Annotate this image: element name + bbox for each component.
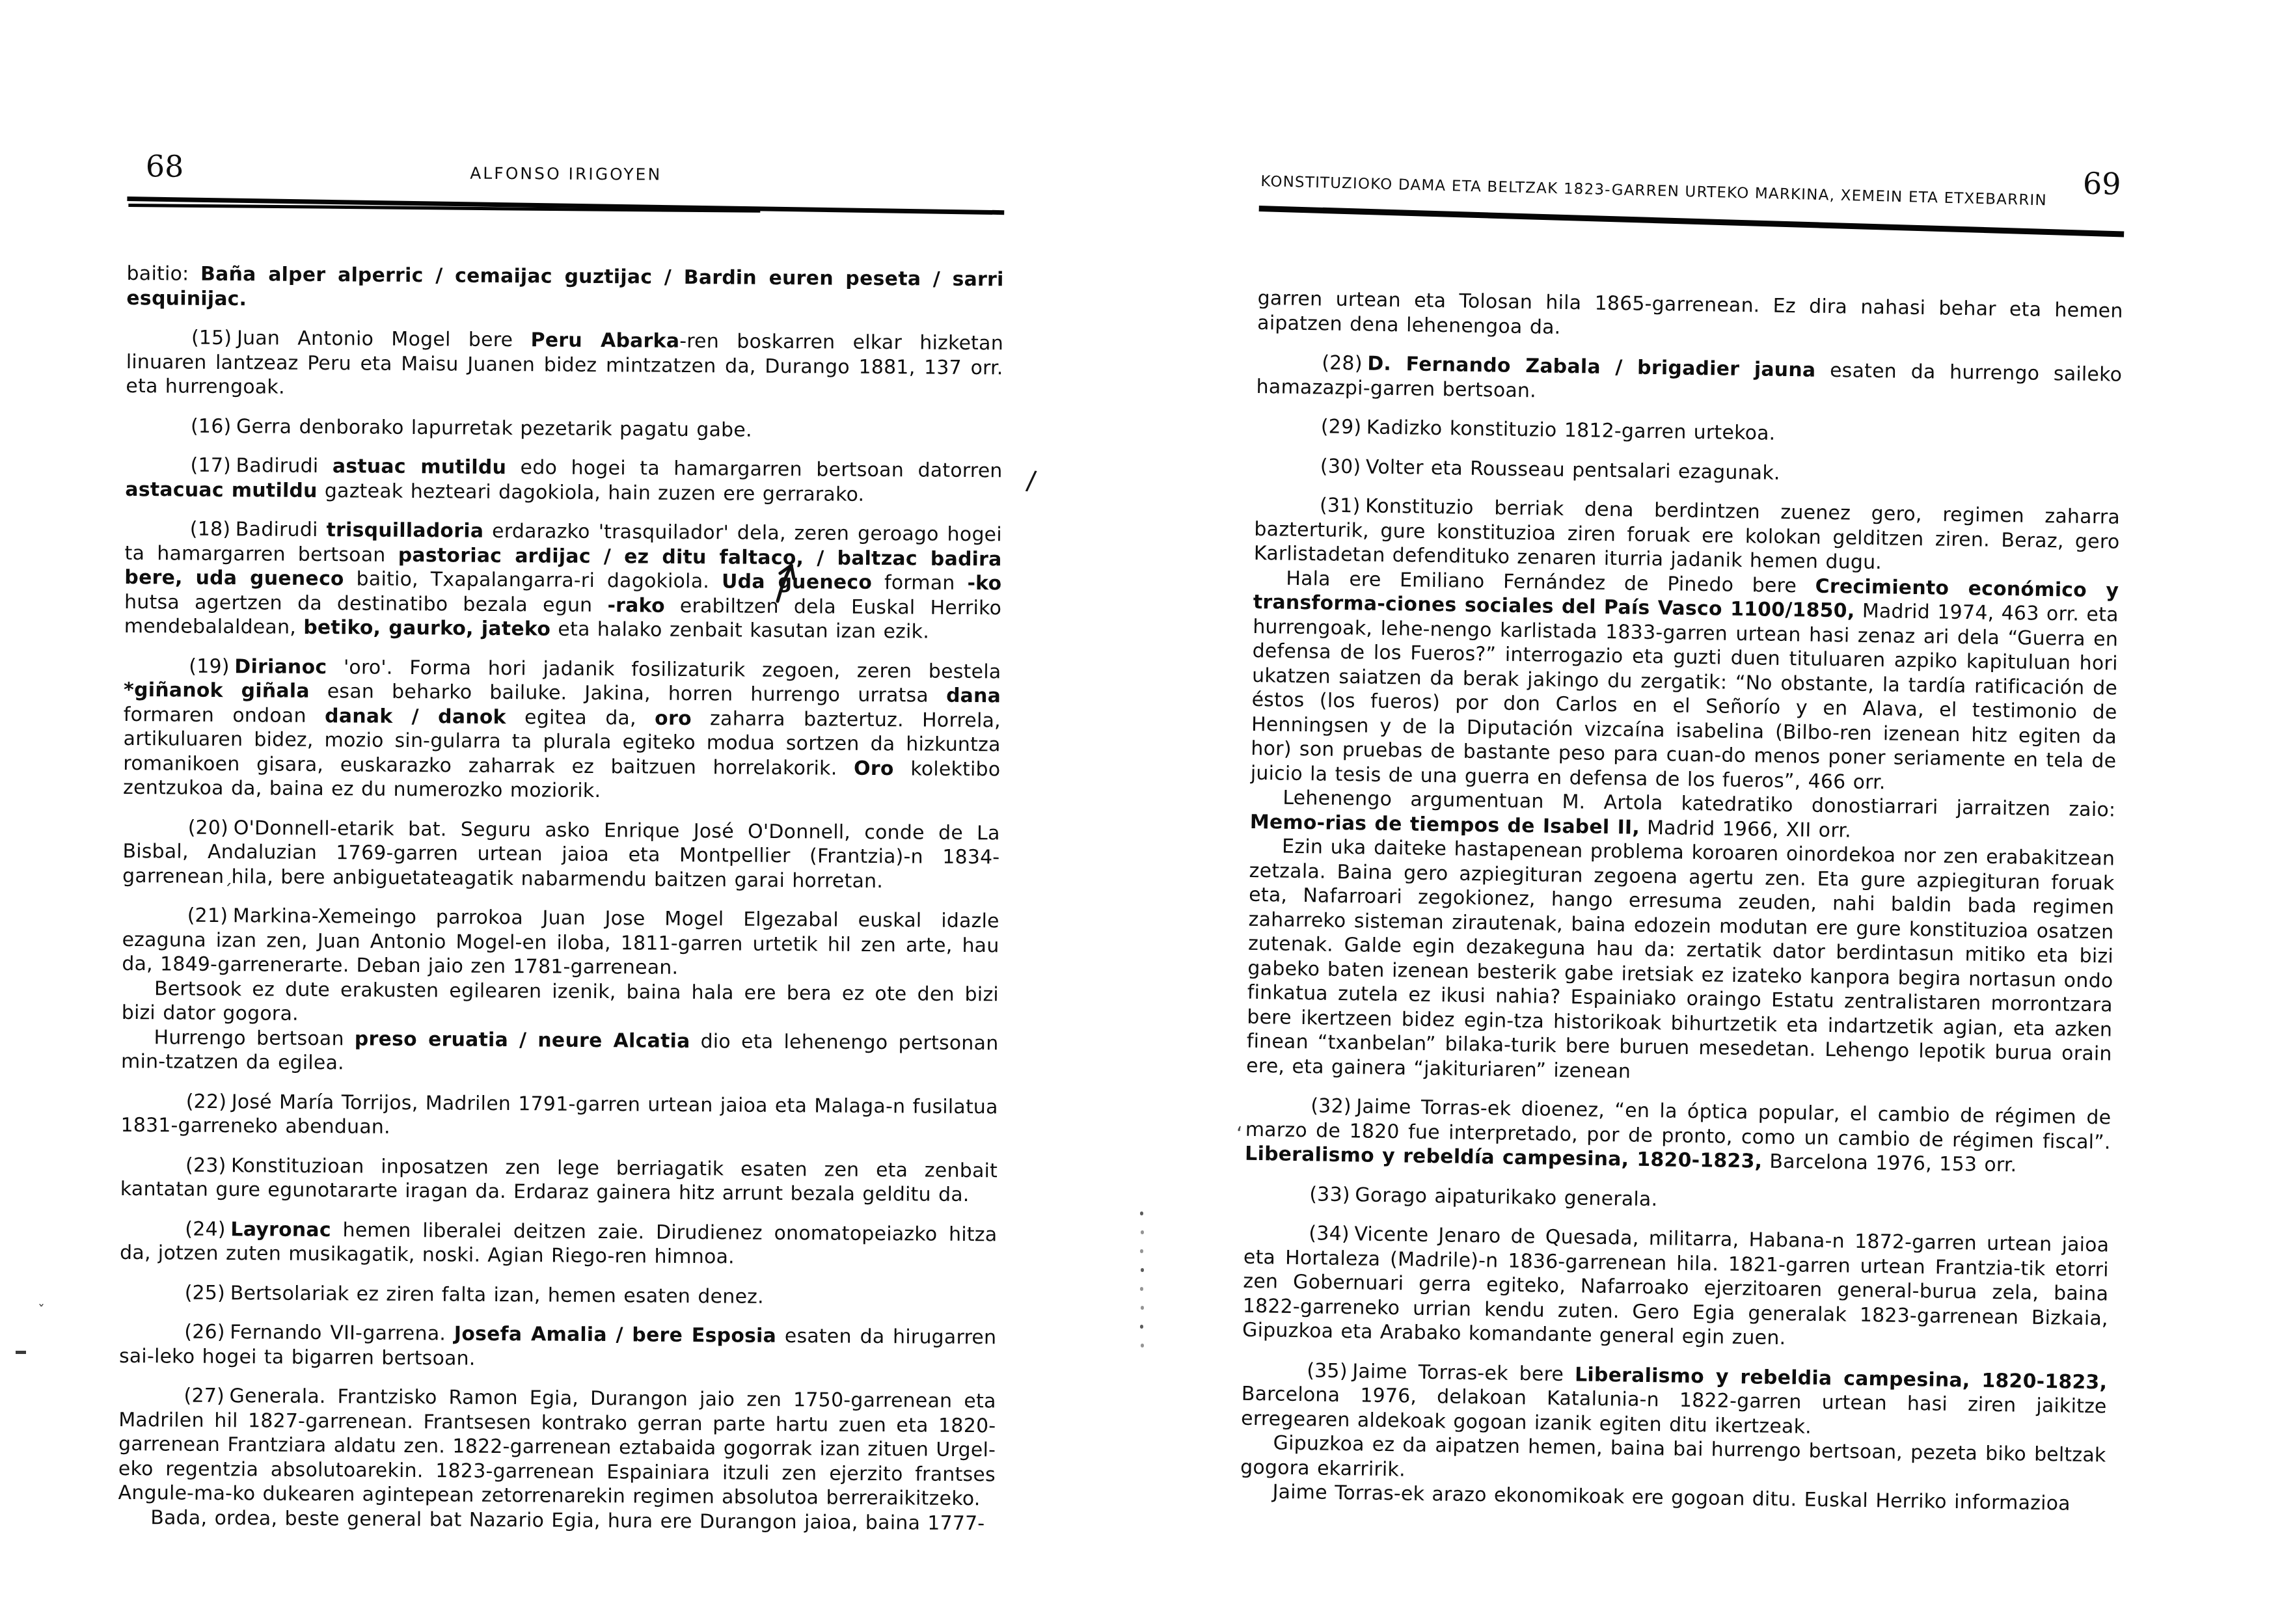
text-segment: O'Donnell-etarik bat. Seguru asko Enriqu… xyxy=(122,817,1000,893)
footnote-paragraph: (32)Jaime Torras-ek dioenez, “en la ópti… xyxy=(1245,1093,2112,1179)
text-segment: formaren ondoan xyxy=(124,703,325,727)
text-segment: Volter eta Rousseau pentsalari ezagunak. xyxy=(1366,455,1780,484)
footnote-paragraph: (20)O'Donnell-etarik bat. Seguru asko En… xyxy=(122,815,1000,894)
left-page-header: 68 ALFONSO IRIGOYEN xyxy=(127,147,1004,200)
footnote-paragraph: (29)Kadizko konstituzio 1812-garren urte… xyxy=(1256,414,2121,451)
footnote-paragraph: (25)Bertsolariak ez ziren falta izan, he… xyxy=(120,1280,997,1310)
footnote-number: (15) xyxy=(159,325,237,350)
footnote-paragraph: (24)Layronac hemen liberalei deitzen zai… xyxy=(120,1216,997,1271)
text-segment: danak / danok xyxy=(325,705,506,729)
footnote-paragraph: (34)Vicente Jenaro de Quesada, militarra… xyxy=(1242,1221,2110,1355)
stray-apostrophe-mark: ‘ xyxy=(1236,1123,1243,1146)
footnote-number: (32) xyxy=(1278,1094,1357,1119)
text-segment: Generala. Frantzisko Ramon Egia, Durango… xyxy=(118,1385,996,1510)
paragraph: Bertsook ez dute erakusten egilearen ize… xyxy=(122,976,999,1031)
text-segment: Oro xyxy=(854,757,894,779)
text-segment: astacuac mutildu xyxy=(125,478,318,502)
footnote-number: (23) xyxy=(153,1153,231,1178)
footnote-number: (17) xyxy=(157,453,236,478)
text-segment: Bertsook ez dute erakusten egilearen ize… xyxy=(122,977,999,1025)
footnote-number: (33) xyxy=(1277,1182,1355,1207)
text-segment: trisquilladoria xyxy=(326,519,483,543)
text-segment: Baña alper alperric / cemaijac guztijac … xyxy=(126,263,1003,310)
text-segment: dana xyxy=(946,684,1001,708)
paragraph: Hala ere Emiliano Fernández de Pinedo be… xyxy=(1251,565,2119,798)
left-page-body: baitio: Baña alper alperric / cemaijac g… xyxy=(118,262,1004,1536)
footnote-paragraph: (17)Badirudi astuac mutildu edo hogei ta… xyxy=(125,453,1002,507)
text-segment: Josefa Amalia / bere Esposia xyxy=(454,1323,776,1347)
text-segment: preso eruatia / neure Alcatia xyxy=(355,1027,690,1053)
handwritten-arrow-icon xyxy=(772,561,802,606)
footnote-paragraph: (16)Gerra denborako lapurretak pezetarik… xyxy=(126,413,1003,444)
text-segment: baitio: xyxy=(127,262,201,286)
text-segment: Barcelona 1976, 153 orr. xyxy=(1762,1150,2017,1177)
stray-tick-mark: ˊ xyxy=(224,882,232,902)
footnote-paragraph: (15)Juan Antonio Mogel bere Peru Abarka-… xyxy=(126,325,1003,405)
text-segment: eta halako zenbait kasutan izan ezik. xyxy=(550,618,929,643)
scan-speck xyxy=(1141,1344,1144,1347)
scanned-book-spread: { "scan": { "left_page": { "page_number"… xyxy=(0,0,2282,1624)
footnote-number: (29) xyxy=(1288,414,1367,440)
footnote-paragraph: (21)Markina-Xemeingo parrokoa Juan Jose … xyxy=(122,903,999,982)
stray-slash-mark: / xyxy=(1025,465,1038,496)
footnote-number: (26) xyxy=(152,1319,230,1344)
scan-speck xyxy=(1140,1211,1143,1215)
text-segment: betiko, gaurko, jateko xyxy=(303,616,550,641)
footnote-number: (27) xyxy=(151,1383,229,1408)
margin-dash-mark xyxy=(16,1351,26,1354)
paragraph: garren urtean eta Tolosan hila 1865-garr… xyxy=(1257,286,2123,348)
footnote-number: (21) xyxy=(155,903,233,928)
footnote-paragraph: (30)Volter eta Rousseau pentsalari ezagu… xyxy=(1255,453,2121,490)
text-segment: Konstituzioan inposatzen zen lege berria… xyxy=(120,1154,998,1206)
text-segment: José María Torrijos, Madrilen 1791-garre… xyxy=(120,1090,998,1139)
page-number-right: 69 xyxy=(2083,169,2121,199)
text-segment: 'oro'. Forma hori jadanik fosilizaturik … xyxy=(327,656,1001,683)
footnote-number: (34) xyxy=(1276,1221,1355,1247)
scan-speck xyxy=(1140,1249,1143,1253)
text-segment: Bada, ordea, beste general bat Nazario E… xyxy=(150,1506,985,1535)
footnote-paragraph: (28)D. Fernando Zabala / brigadier jauna… xyxy=(1256,350,2122,412)
footnote-number: (30) xyxy=(1288,453,1366,479)
running-header-left: ALFONSO IRIGOYEN xyxy=(128,161,1005,186)
text-segment: -rako xyxy=(607,594,664,617)
footnote-number: (18) xyxy=(157,517,236,541)
text-segment: Fernando VII-garrena. xyxy=(230,1321,454,1345)
text-segment: Badirudi xyxy=(236,454,332,478)
footnote-paragraph: (31)Konstituzio berriak dena berdintzen … xyxy=(1254,493,2121,578)
text-segment: Juan Antonio Mogel bere xyxy=(237,327,531,351)
paragraph: baitio: Baña alper alperric / cemaijac g… xyxy=(126,262,1003,316)
right-page: KONSTITUZIOKO DAMA ETA BELTZAK 1823-GARR… xyxy=(1240,156,2125,1517)
footnote-paragraph: (33)Gorago aipaturikako generala. xyxy=(1244,1181,2110,1218)
text-segment: Konstituzio berriak dena berdintzen zuen… xyxy=(1254,494,2120,574)
text-segment: astuac mutildu xyxy=(333,455,506,479)
right-page-body: garren urtean eta Tolosan hila 1865-garr… xyxy=(1240,286,2123,1517)
text-segment: Kadizko konstituzio 1812-garren urtekoa. xyxy=(1366,416,1776,444)
text-segment: Layronac xyxy=(230,1218,331,1241)
text-segment: Ezin uka daiteke hastapenean problema ko… xyxy=(1246,835,2115,1083)
scan-speck xyxy=(1141,1268,1144,1272)
scan-speck xyxy=(1141,1230,1144,1234)
footnote-number: (24) xyxy=(152,1217,230,1241)
footnote-number: (28) xyxy=(1289,351,1368,376)
text-segment: Hurrengo bertsoan xyxy=(154,1026,355,1050)
text-segment: garren urtean eta Tolosan hila 1865-garr… xyxy=(1257,287,2123,338)
footnote-paragraph: (22)José María Torrijos, Madrilen 1791-g… xyxy=(120,1089,998,1143)
text-segment: Peru Abarka xyxy=(530,329,679,353)
text-segment: -ko xyxy=(967,572,1001,595)
text-segment: egitea da, xyxy=(506,706,655,730)
text-segment: baitio, Txapalangarra-ri dagokiola. xyxy=(344,567,722,593)
text-segment: Bertsolariak ez ziren falta izan, hemen … xyxy=(230,1282,764,1308)
paragraph: Ezin uka daiteke hastapenean problema ko… xyxy=(1246,834,2115,1091)
text-segment: *giñanok giñala xyxy=(124,679,310,703)
text-segment: Gerra denborako lapurretak pezetarik pag… xyxy=(236,415,752,442)
footnote-number: (31) xyxy=(1287,493,1366,519)
scan-speck xyxy=(1141,1306,1144,1310)
footnote-paragraph: (23)Konstituzioan inposatzen zen lege be… xyxy=(120,1152,998,1207)
text-segment: edo hogei ta hamargarren bertsoan datorr… xyxy=(506,456,1003,482)
text-segment: Madrid 1966, XII orr. xyxy=(1640,816,1851,842)
text-segment: gazteak hezteari dagokiola, hain zuzen e… xyxy=(318,480,865,506)
footnote-number: (25) xyxy=(152,1280,230,1305)
margin-speck: ˇ xyxy=(38,1303,45,1319)
footnote-number: (20) xyxy=(156,815,234,840)
running-header-right: KONSTITUZIOKO DAMA ETA BELTZAK 1823-GARR… xyxy=(1260,173,2047,210)
text-segment: Badirudi xyxy=(236,518,327,541)
left-page: 68 ALFONSO IRIGOYEN baitio: Baña alper a… xyxy=(118,147,1005,1536)
text-segment: Gorago aipaturikako generala. xyxy=(1355,1184,1657,1211)
text-segment: Markina-Xemeingo parrokoa Juan Jose Moge… xyxy=(122,904,999,979)
footnote-paragraph: (27)Generala. Frantzisko Ramon Egia, Dur… xyxy=(118,1383,996,1511)
text-segment: oro xyxy=(655,707,692,729)
text-segment: hutsa agertzen da destinatibo bezala egu… xyxy=(124,590,608,616)
footnote-paragraph: (19)Dirianoc 'oro'. Forma hori jadanik f… xyxy=(123,653,1001,805)
footnote-paragraph: (35)Jaime Torras-ek bere Liberalismo y r… xyxy=(1241,1357,2108,1443)
footnote-paragraph: (18)Badirudi trisquilladoria erdarazko '… xyxy=(124,517,1002,645)
paragraph: Hurrengo bertsoan preso eruatia / neure … xyxy=(121,1025,998,1079)
text-segment: Madrid 1974, 463 orr. eta hurrengoak, le… xyxy=(1251,600,2119,794)
text-segment: Vicente Jenaro de Quesada, militarra, Ha… xyxy=(1242,1223,2110,1349)
footnote-number: (22) xyxy=(154,1089,232,1114)
scan-speck xyxy=(1140,1287,1143,1291)
scan-speck xyxy=(1140,1325,1143,1329)
footnote-number: (16) xyxy=(158,414,236,439)
text-segment: Jaime Torras-ek bere xyxy=(1352,1360,1575,1386)
footnote-number: (19) xyxy=(156,654,234,679)
footnote-paragraph: (26)Fernando VII-garrena. Josefa Amalia … xyxy=(119,1319,996,1374)
text-segment: Dirianoc xyxy=(234,655,327,679)
text-segment: esan beharko bailuke. Jakina, horren hur… xyxy=(310,680,946,707)
footnote-number: (35) xyxy=(1274,1358,1353,1383)
text-segment: forman xyxy=(872,571,968,595)
